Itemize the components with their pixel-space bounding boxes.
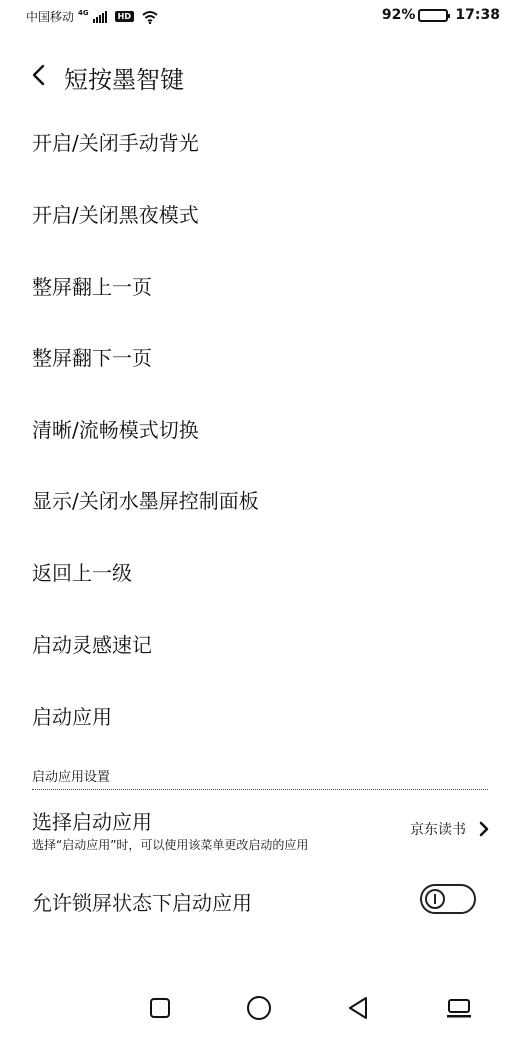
option-go-back[interactable]: 返回上一级	[32, 557, 132, 586]
network-type: 4G	[78, 9, 89, 17]
triangle-back-icon	[347, 996, 369, 1020]
back-arrow-icon[interactable]	[30, 64, 48, 86]
carrier-name: 中国移动	[26, 8, 74, 25]
select-app-value: 京东读书	[410, 819, 466, 839]
option-launch-app[interactable]: 启动应用	[32, 701, 112, 730]
toggle-knob-icon	[425, 889, 445, 909]
laptop-icon	[446, 997, 472, 1019]
option-night-mode-toggle[interactable]: 开启/关闭黑夜模式	[32, 199, 199, 228]
hide-keyboard-button[interactable]	[445, 994, 473, 1022]
battery-percent: 92%	[382, 7, 416, 23]
status-right: 92% 17:38	[382, 7, 500, 23]
hd-voice-icon: HD	[115, 11, 134, 22]
page-title: 短按墨智键	[64, 60, 184, 95]
home-button[interactable]	[245, 994, 273, 1022]
signal-icon	[93, 11, 107, 23]
lock-screen-launch-title: 允许锁屏状态下启动应用	[32, 887, 252, 916]
option-page-down[interactable]: 整屏翻下一页	[32, 342, 152, 371]
navigation-bar	[0, 990, 520, 1030]
status-bar: 中国移动 4G HD 92% 17:38	[0, 0, 520, 32]
option-backlight-toggle[interactable]: 开启/关闭手动背光	[32, 127, 199, 156]
wifi-icon	[142, 10, 158, 24]
option-inspiration-notes[interactable]: 启动灵感速记	[32, 629, 152, 658]
select-app-subtitle: 选择“启动应用”时，可以使用该菜单更改启动的应用	[32, 836, 308, 853]
section-divider	[32, 789, 488, 790]
option-page-up[interactable]: 整屏翻上一页	[32, 271, 152, 300]
clock: 17:38	[455, 7, 500, 23]
chevron-right-icon	[478, 820, 490, 838]
section-label: 启动应用设置	[32, 766, 110, 785]
square-icon	[149, 997, 171, 1019]
lock-screen-launch-toggle[interactable]	[420, 884, 476, 914]
status-left: 中国移动 4G HD	[26, 8, 158, 25]
option-eink-control-panel[interactable]: 显示/关闭水墨屏控制面板	[32, 485, 259, 514]
option-clarity-mode-switch[interactable]: 清晰/流畅模式切换	[32, 414, 199, 443]
recents-button[interactable]	[146, 994, 174, 1022]
header: 短按墨智键	[0, 52, 520, 96]
circle-icon	[246, 995, 272, 1021]
battery-icon	[418, 9, 448, 22]
back-button[interactable]	[344, 994, 372, 1022]
select-app-title: 选择启动应用	[32, 806, 152, 835]
